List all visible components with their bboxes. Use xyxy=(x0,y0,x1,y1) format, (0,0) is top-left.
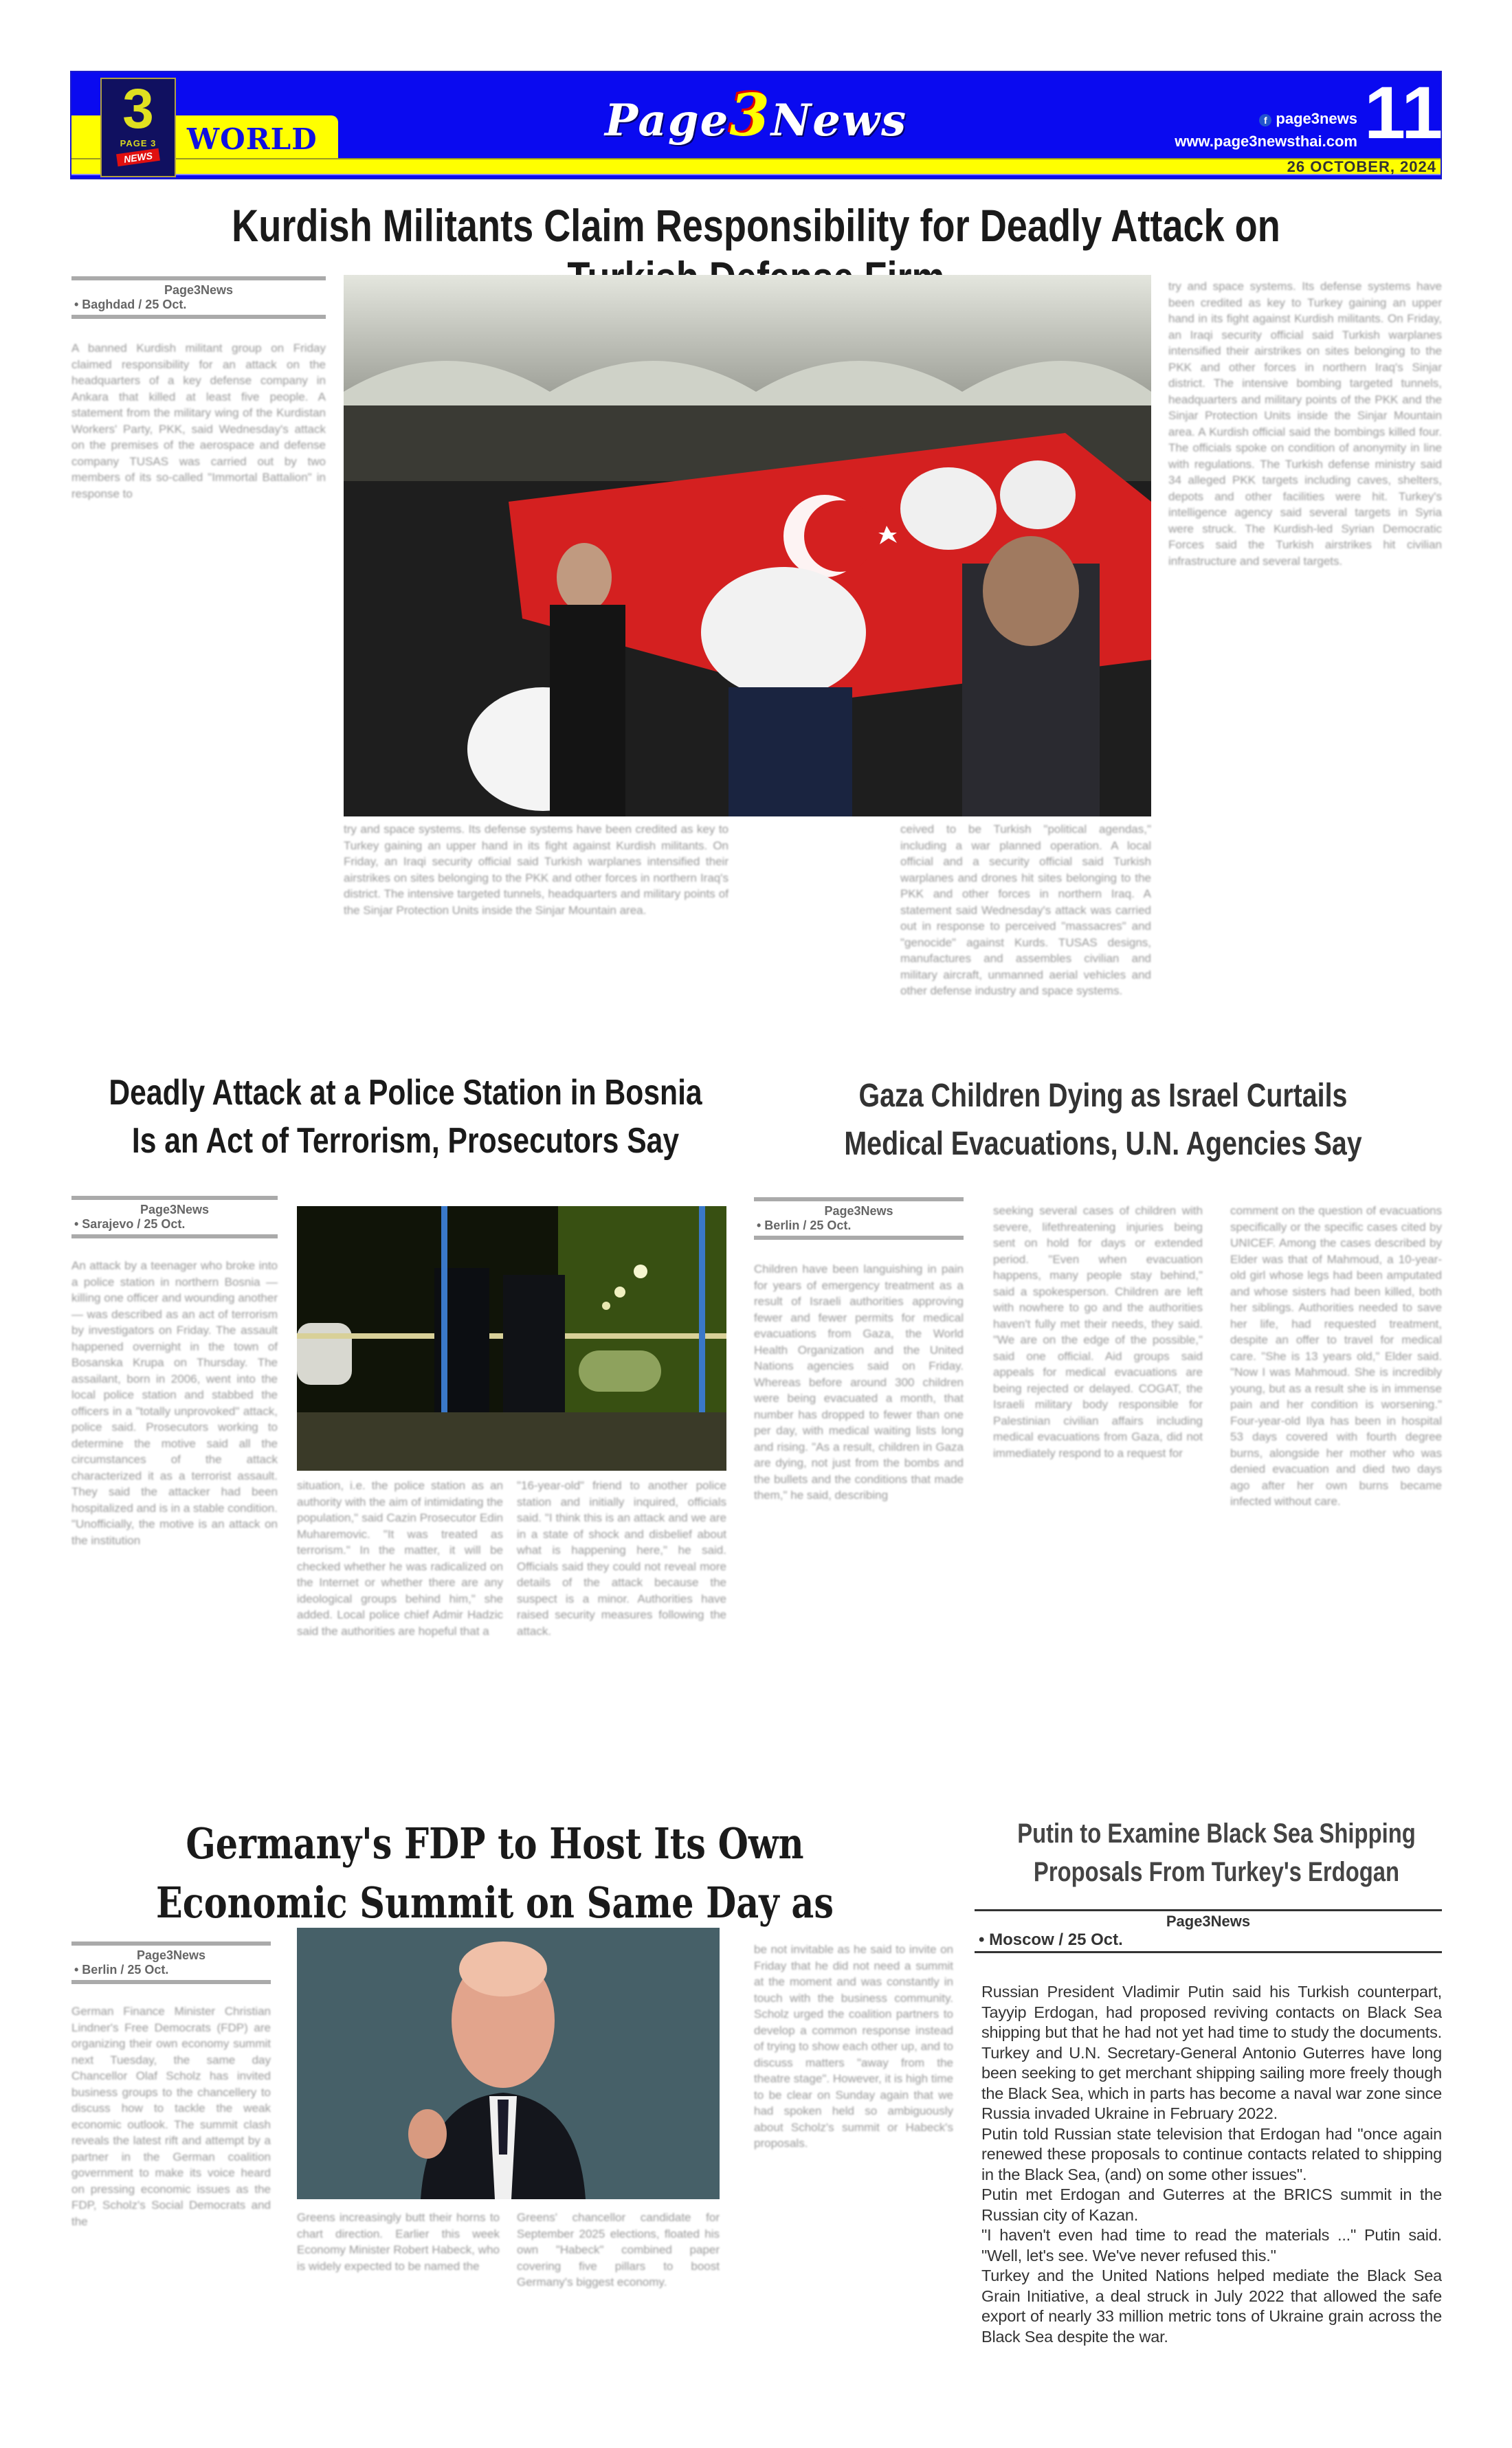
kurdish-column-1: A banned Kurdish militant group on Frida… xyxy=(71,340,326,1048)
byline-kurdish: Page3News • Baghdad / 25 Oct. xyxy=(71,276,326,319)
byline-location: • Baghdad / 25 Oct. xyxy=(74,298,323,312)
headline-putin-line-1: Putin to Examine Black Sea Shipping xyxy=(997,1814,1436,1853)
fdp-column-1: German Finance Minister Christian Lindne… xyxy=(71,2003,271,2354)
headline-gaza-line-2: Medical Evacuations, U.N. Agencies Say xyxy=(801,1120,1404,1168)
kurdish-column-2b: ceived to be Turkish "political agendas,… xyxy=(900,821,1151,1048)
brand-number: 3 xyxy=(729,81,770,149)
police-column-2: situation, i.e. the police station as an… xyxy=(297,1478,503,1787)
byline-fdp: Page3News • Berlin / 25 Oct. xyxy=(71,1941,271,1984)
byline-source: Page3News xyxy=(74,1203,275,1217)
byline-source: Page3News xyxy=(74,283,323,298)
kurdish-column-2a: try and space systems. Its defense syste… xyxy=(344,821,729,1048)
fdp-column-2: Greens increasingly butt their horns to … xyxy=(297,2210,500,2354)
fdp-column-4: be not invitable as he said to invite on… xyxy=(754,1941,953,2354)
gaza-column-3: comment on the question of evacuations s… xyxy=(1230,1203,1442,1787)
facebook-handle: page3news xyxy=(1276,110,1357,127)
putin-paragraph: Turkey and the United Nations helped med… xyxy=(981,2266,1442,2347)
page3-news-logo: 3 PAGE 3 NEWS xyxy=(100,78,176,177)
headline-gaza-line-1: Gaza Children Dying as Israel Curtails xyxy=(801,1072,1404,1120)
logo-page-label: PAGE 3 xyxy=(102,138,175,148)
byline-police: Page3News • Sarajevo / 25 Oct. xyxy=(71,1196,278,1238)
byline-location: • Berlin / 25 Oct. xyxy=(757,1219,961,1233)
facebook-link[interactable]: fpage3news xyxy=(1172,110,1357,128)
scholz-photo xyxy=(297,1928,720,2199)
page-number: 11 xyxy=(1364,71,1440,154)
headline-police-line-1: Deadly Attack at a Police Station in Bos… xyxy=(90,1069,721,1117)
brand-wordmark: Page3News xyxy=(605,81,907,149)
byline-location: • Berlin / 25 Oct. xyxy=(74,1963,268,1977)
byline-location: • Sarajevo / 25 Oct. xyxy=(74,1217,275,1232)
scholz-photo-image xyxy=(297,1928,720,2199)
putin-paragraph: Putin met Erdogan and Guterres at the BR… xyxy=(981,2185,1442,2225)
facebook-icon: f xyxy=(1259,114,1271,126)
police-column-1: An attack by a teenager who broke into a… xyxy=(71,1258,278,1787)
section-label: WORLD xyxy=(187,122,318,156)
putin-paragraph: Putin told Russian state television that… xyxy=(981,2124,1442,2185)
putin-paragraph: Russian President Vladimir Putin said hi… xyxy=(981,1982,1442,2124)
brand-suffix: News xyxy=(771,95,907,146)
brand-prefix: Page xyxy=(605,95,729,146)
website-link[interactable]: www.page3newsthai.com xyxy=(1100,133,1357,151)
putin-paragraph: "I haven't even had time to read the mat… xyxy=(981,2225,1442,2266)
headline-putin-line-2: Proposals From Turkey's Erdogan xyxy=(997,1853,1436,1891)
byline-putin: Page3News • Moscow / 25 Oct. xyxy=(975,1909,1442,1953)
issue-date: 26 OCTOBER, 2024 xyxy=(1168,158,1436,176)
police-photo-image xyxy=(297,1206,726,1471)
headline-fdp-line-1: Germany's FDP to Host Its Own xyxy=(123,1814,867,1873)
fdp-column-3: Greens' chancellor candidate for Septemb… xyxy=(517,2210,720,2354)
byline-gaza: Page3News • Berlin / 25 Oct. xyxy=(754,1197,964,1240)
funeral-photo xyxy=(344,275,1151,816)
byline-source: Page3News xyxy=(979,1913,1438,1930)
headline-putin: Putin to Examine Black Sea Shipping Prop… xyxy=(997,1814,1436,1891)
headline-police-line-2: Is an Act of Terrorism, Prosecutors Say xyxy=(90,1117,721,1165)
byline-location: • Moscow / 25 Oct. xyxy=(979,1930,1438,1950)
putin-body: Russian President Vladimir Putin said hi… xyxy=(981,1982,1442,2353)
headline-gaza: Gaza Children Dying as Israel Curtails M… xyxy=(801,1072,1404,1168)
headline-police: Deadly Attack at a Police Station in Bos… xyxy=(90,1069,721,1165)
police-photo xyxy=(297,1206,726,1471)
police-column-3: "16-year-old" friend to another police s… xyxy=(517,1478,726,1787)
kurdish-column-3: try and space systems. Its defense syste… xyxy=(1168,278,1442,1051)
gaza-column-1: Children have been languishing in pain f… xyxy=(754,1261,964,1787)
logo-news-label: NEWS xyxy=(116,148,160,166)
funeral-photo-image xyxy=(344,275,1151,816)
gaza-column-2: seeking several cases of children with s… xyxy=(993,1203,1203,1787)
logo-number: 3 xyxy=(102,80,175,138)
byline-source: Page3News xyxy=(74,1948,268,1963)
byline-source: Page3News xyxy=(757,1204,961,1219)
